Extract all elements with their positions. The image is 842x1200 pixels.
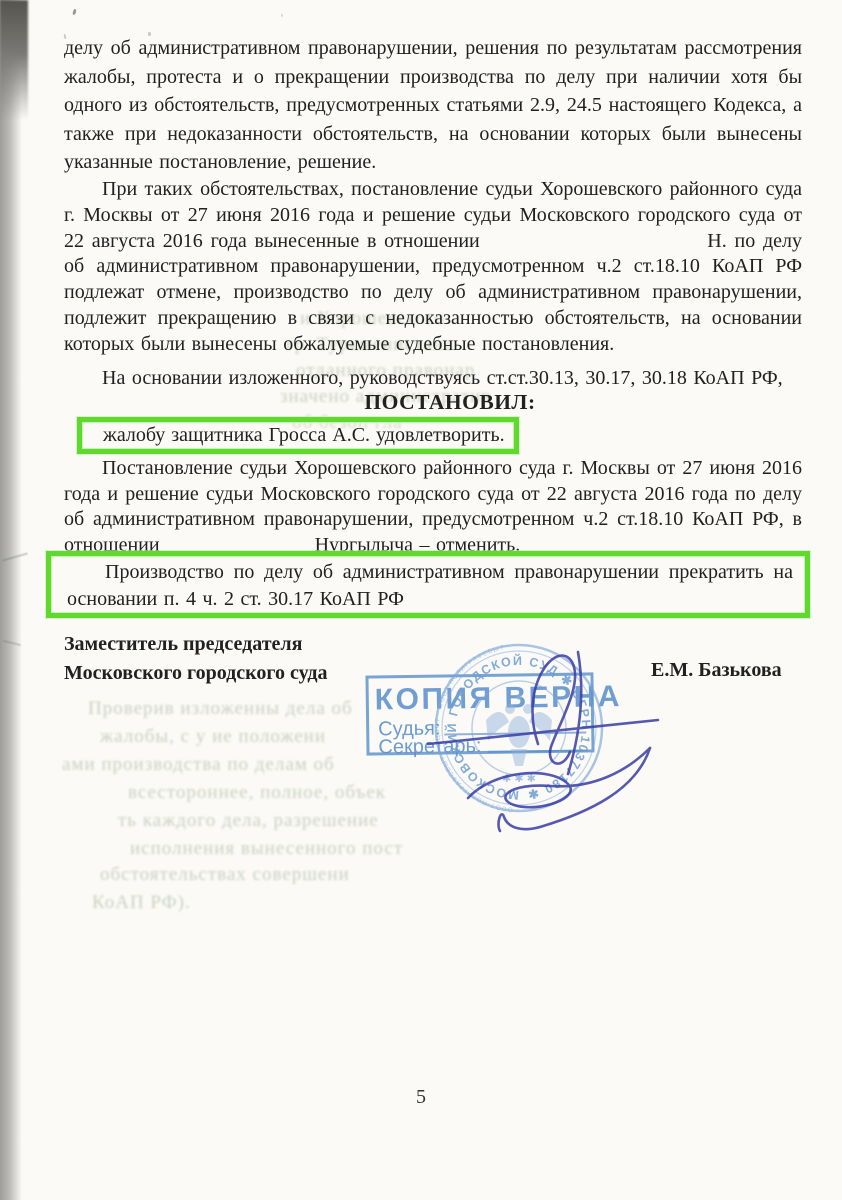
paragraph-grounds: делу об административном правонарушении,…	[64, 34, 802, 177]
highlight-box-terminate-proceedings: Производство по делу об административном…	[46, 551, 810, 618]
ghost-text-line: ами производства по делам об	[62, 754, 335, 776]
paragraph-circumstances: При таких обстоятельствах, постановление…	[64, 177, 802, 358]
resolution-heading: ПОСТАНОВИЛ:	[64, 390, 802, 415]
highlighted-text: жалобу защитника Гросса А.С. удовлетвори…	[103, 424, 505, 447]
redacted-name-gap	[488, 245, 700, 247]
ghost-text-line: всестороннее, полное, объек	[128, 782, 386, 804]
ghost-text-line: ть каждого дела, разрешение	[118, 810, 379, 832]
signer-position-line2: Московского городского суда	[64, 659, 327, 688]
page-number: 5	[0, 1086, 842, 1109]
signer-position-line1: Заместитель председателя	[64, 630, 327, 659]
paragraph-annulment: Постановление судьи Хорошевского районно…	[64, 456, 802, 558]
ghost-text-line: Проверив изложенны дела об	[88, 698, 353, 720]
secretary-signature	[468, 748, 650, 807]
highlight-box-satisfy-complaint: жалобу защитника Гросса А.С. удовлетвори…	[77, 417, 519, 454]
paragraph-text: При таких обстоятельствах, постановление…	[64, 178, 802, 252]
ghost-text-line: исполнения вынесенного пост	[130, 838, 403, 860]
scanned-court-document-page: и Хорошевского гр. Туркменистана отданно…	[0, 0, 842, 1200]
scan-speck	[72, 9, 77, 16]
scan-edge-shadow-top	[0, 0, 28, 120]
pen-cross-stroke	[428, 720, 658, 744]
judge-signature	[533, 656, 576, 764]
ghost-text-line: жалобы, с у ие положени	[100, 726, 326, 748]
highlighted-text: Производство по делу об административном…	[67, 561, 793, 610]
ghost-text-line: обстоятельствах совершени	[100, 864, 350, 886]
scan-speck	[281, 14, 283, 17]
handwritten-signatures	[410, 622, 690, 837]
ghost-text-line: КоАП РФ).	[92, 892, 191, 914]
paragraph-legal-basis: На основании изложенного, руководствуясь…	[64, 366, 802, 390]
signer-position: Заместитель председателя Московского гор…	[64, 630, 327, 688]
scan-edge-shadow	[0, 0, 22, 1200]
signature-tail	[499, 748, 650, 831]
